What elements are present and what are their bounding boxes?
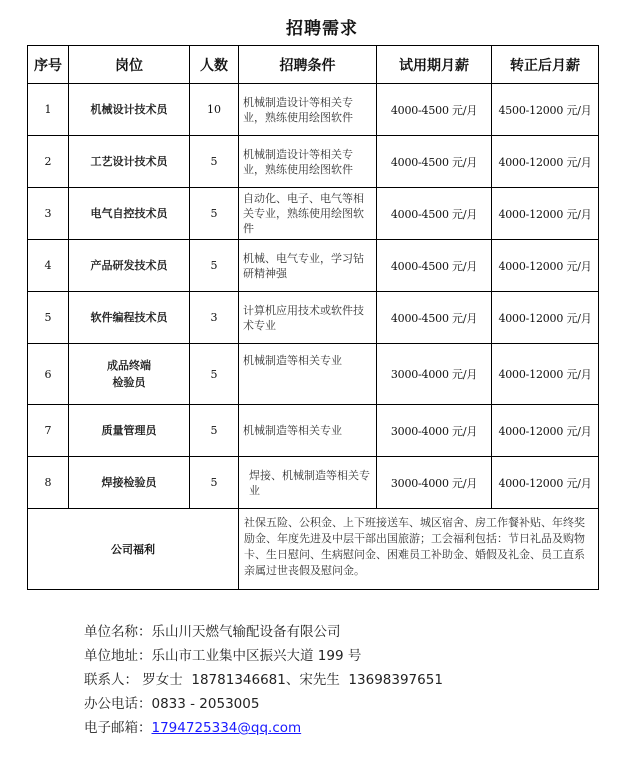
- email-label: 电子邮箱：: [84, 720, 152, 736]
- table-row: 1 机械设计技术员 10 机械制造设计等相关专业，熟练使用绘图软件 4000-4…: [28, 84, 599, 136]
- row-position-line1: 成品终端: [69, 357, 189, 374]
- row-requirement: 机械制造等相关专业: [239, 405, 377, 457]
- row-requirement: 机械制造等相关专业: [239, 344, 377, 405]
- address-label: 单位地址：: [84, 648, 152, 664]
- row-probation-salary: 4000-4500 元/月: [377, 84, 492, 136]
- row-requirement: 机械制造设计等相关专业，熟练使用绘图软件: [239, 84, 377, 136]
- row-count: 5: [190, 240, 239, 292]
- row-position-line2: 检验员: [69, 374, 189, 391]
- header-no: 序号: [28, 46, 69, 84]
- row-no: 4: [28, 240, 69, 292]
- contacts-row: 联系人： 罗女士 18781346681、宋先生 13698397651: [84, 668, 443, 692]
- welfare-row: 公司福利 社保五险、公积金、上下班接送车、城区宿舍、房工作餐补贴、年终奖励金、年…: [28, 509, 599, 590]
- phone-label: 办公电话：: [84, 696, 152, 712]
- row-position: 产品研发技术员: [69, 240, 190, 292]
- page-title: 招聘需求: [0, 14, 644, 39]
- header-probation-salary: 试用期月薪: [377, 46, 492, 84]
- header-position: 岗位: [69, 46, 190, 84]
- row-regular-salary: 4000-12000 元/月: [492, 292, 599, 344]
- row-requirement: 计算机应用技术或软件技术专业: [239, 292, 377, 344]
- row-regular-salary: 4000-12000 元/月: [492, 405, 599, 457]
- row-no: 5: [28, 292, 69, 344]
- header-count: 人数: [190, 46, 239, 84]
- row-count: 5: [190, 188, 239, 240]
- row-regular-salary: 4000-12000 元/月: [492, 457, 599, 509]
- phone-row: 办公电话：0833 - 2053005: [84, 692, 443, 716]
- table-row: 7 质量管理员 5 机械制造等相关专业 3000-4000 元/月 4000-1…: [28, 405, 599, 457]
- row-position: 工艺设计技术员: [69, 136, 190, 188]
- table-row: 3 电气自控技术员 5 自动化、电子、电气等相关专业，熟练使用绘图软件 4000…: [28, 188, 599, 240]
- header-requirement: 招聘条件: [239, 46, 377, 84]
- address: 乐山市工业集中区振兴大道 199 号: [152, 648, 362, 664]
- row-regular-salary: 4000-12000 元/月: [492, 136, 599, 188]
- row-count: 10: [190, 84, 239, 136]
- contacts-label: 联系人：: [84, 672, 138, 688]
- row-position: 质量管理员: [69, 405, 190, 457]
- row-requirement: 自动化、电子、电气等相关专业，熟练使用绘图软件: [239, 188, 377, 240]
- row-requirement: 机械、电气专业，学习钻研精神强: [239, 240, 377, 292]
- row-regular-salary: 4500-12000 元/月: [492, 84, 599, 136]
- row-probation-salary: 4000-4500 元/月: [377, 188, 492, 240]
- row-count: 5: [190, 457, 239, 509]
- row-probation-salary: 3000-4000 元/月: [377, 344, 492, 405]
- row-position: 软件编程技术员: [69, 292, 190, 344]
- row-count: 5: [190, 344, 239, 405]
- row-position: 电气自控技术员: [69, 188, 190, 240]
- row-probation-salary: 3000-4000 元/月: [377, 457, 492, 509]
- row-no: 6: [28, 344, 69, 405]
- row-no: 3: [28, 188, 69, 240]
- table-header-row: 序号 岗位 人数 招聘条件 试用期月薪 转正后月薪: [28, 46, 599, 84]
- email-link[interactable]: 1794725334@qq.com: [152, 720, 302, 736]
- row-probation-salary: 4000-4500 元/月: [377, 136, 492, 188]
- company-name-label: 单位名称：: [84, 624, 152, 640]
- welfare-label: 公司福利: [28, 509, 239, 590]
- row-regular-salary: 4000-12000 元/月: [492, 188, 599, 240]
- row-probation-salary: 3000-4000 元/月: [377, 405, 492, 457]
- header-regular-salary: 转正后月薪: [492, 46, 599, 84]
- row-probation-salary: 4000-4500 元/月: [377, 240, 492, 292]
- phone: 0833 - 2053005: [152, 696, 260, 712]
- address-row: 单位地址：乐山市工业集中区振兴大道 199 号: [84, 644, 443, 668]
- row-position: 机械设计技术员: [69, 84, 190, 136]
- contacts: 罗女士 18781346681、宋先生 13698397651: [138, 672, 443, 688]
- row-requirement: 焊接、机械制造等相关专业: [239, 457, 377, 509]
- row-position: 成品终端 检验员: [69, 344, 190, 405]
- company-name-row: 单位名称：乐山川天燃气输配设备有限公司: [84, 620, 443, 644]
- row-requirement: 机械制造设计等相关专业，熟练使用绘图软件: [239, 136, 377, 188]
- table-row: 4 产品研发技术员 5 机械、电气专业，学习钻研精神强 4000-4500 元/…: [28, 240, 599, 292]
- contact-info: 单位名称：乐山川天燃气输配设备有限公司 单位地址：乐山市工业集中区振兴大道 19…: [84, 620, 443, 740]
- row-position: 焊接检验员: [69, 457, 190, 509]
- row-count: 3: [190, 292, 239, 344]
- row-no: 1: [28, 84, 69, 136]
- table-row: 2 工艺设计技术员 5 机械制造设计等相关专业，熟练使用绘图软件 4000-45…: [28, 136, 599, 188]
- row-count: 5: [190, 405, 239, 457]
- table-row: 6 成品终端 检验员 5 机械制造等相关专业 3000-4000 元/月 400…: [28, 344, 599, 405]
- row-probation-salary: 4000-4500 元/月: [377, 292, 492, 344]
- recruitment-table: 序号 岗位 人数 招聘条件 试用期月薪 转正后月薪 1 机械设计技术员 10 机…: [27, 45, 599, 590]
- company-name: 乐山川天燃气输配设备有限公司: [152, 624, 341, 640]
- email-row: 电子邮箱：1794725334@qq.com: [84, 716, 443, 740]
- table-row: 8 焊接检验员 5 焊接、机械制造等相关专业 3000-4000 元/月 400…: [28, 457, 599, 509]
- row-count: 5: [190, 136, 239, 188]
- row-regular-salary: 4000-12000 元/月: [492, 240, 599, 292]
- row-regular-salary: 4000-12000 元/月: [492, 344, 599, 405]
- row-no: 8: [28, 457, 69, 509]
- table-row: 5 软件编程技术员 3 计算机应用技术或软件技术专业 4000-4500 元/月…: [28, 292, 599, 344]
- row-no: 7: [28, 405, 69, 457]
- welfare-text: 社保五险、公积金、上下班接送车、城区宿舍、房工作餐补贴、年终奖励金、年度先进及中…: [239, 509, 599, 590]
- row-no: 2: [28, 136, 69, 188]
